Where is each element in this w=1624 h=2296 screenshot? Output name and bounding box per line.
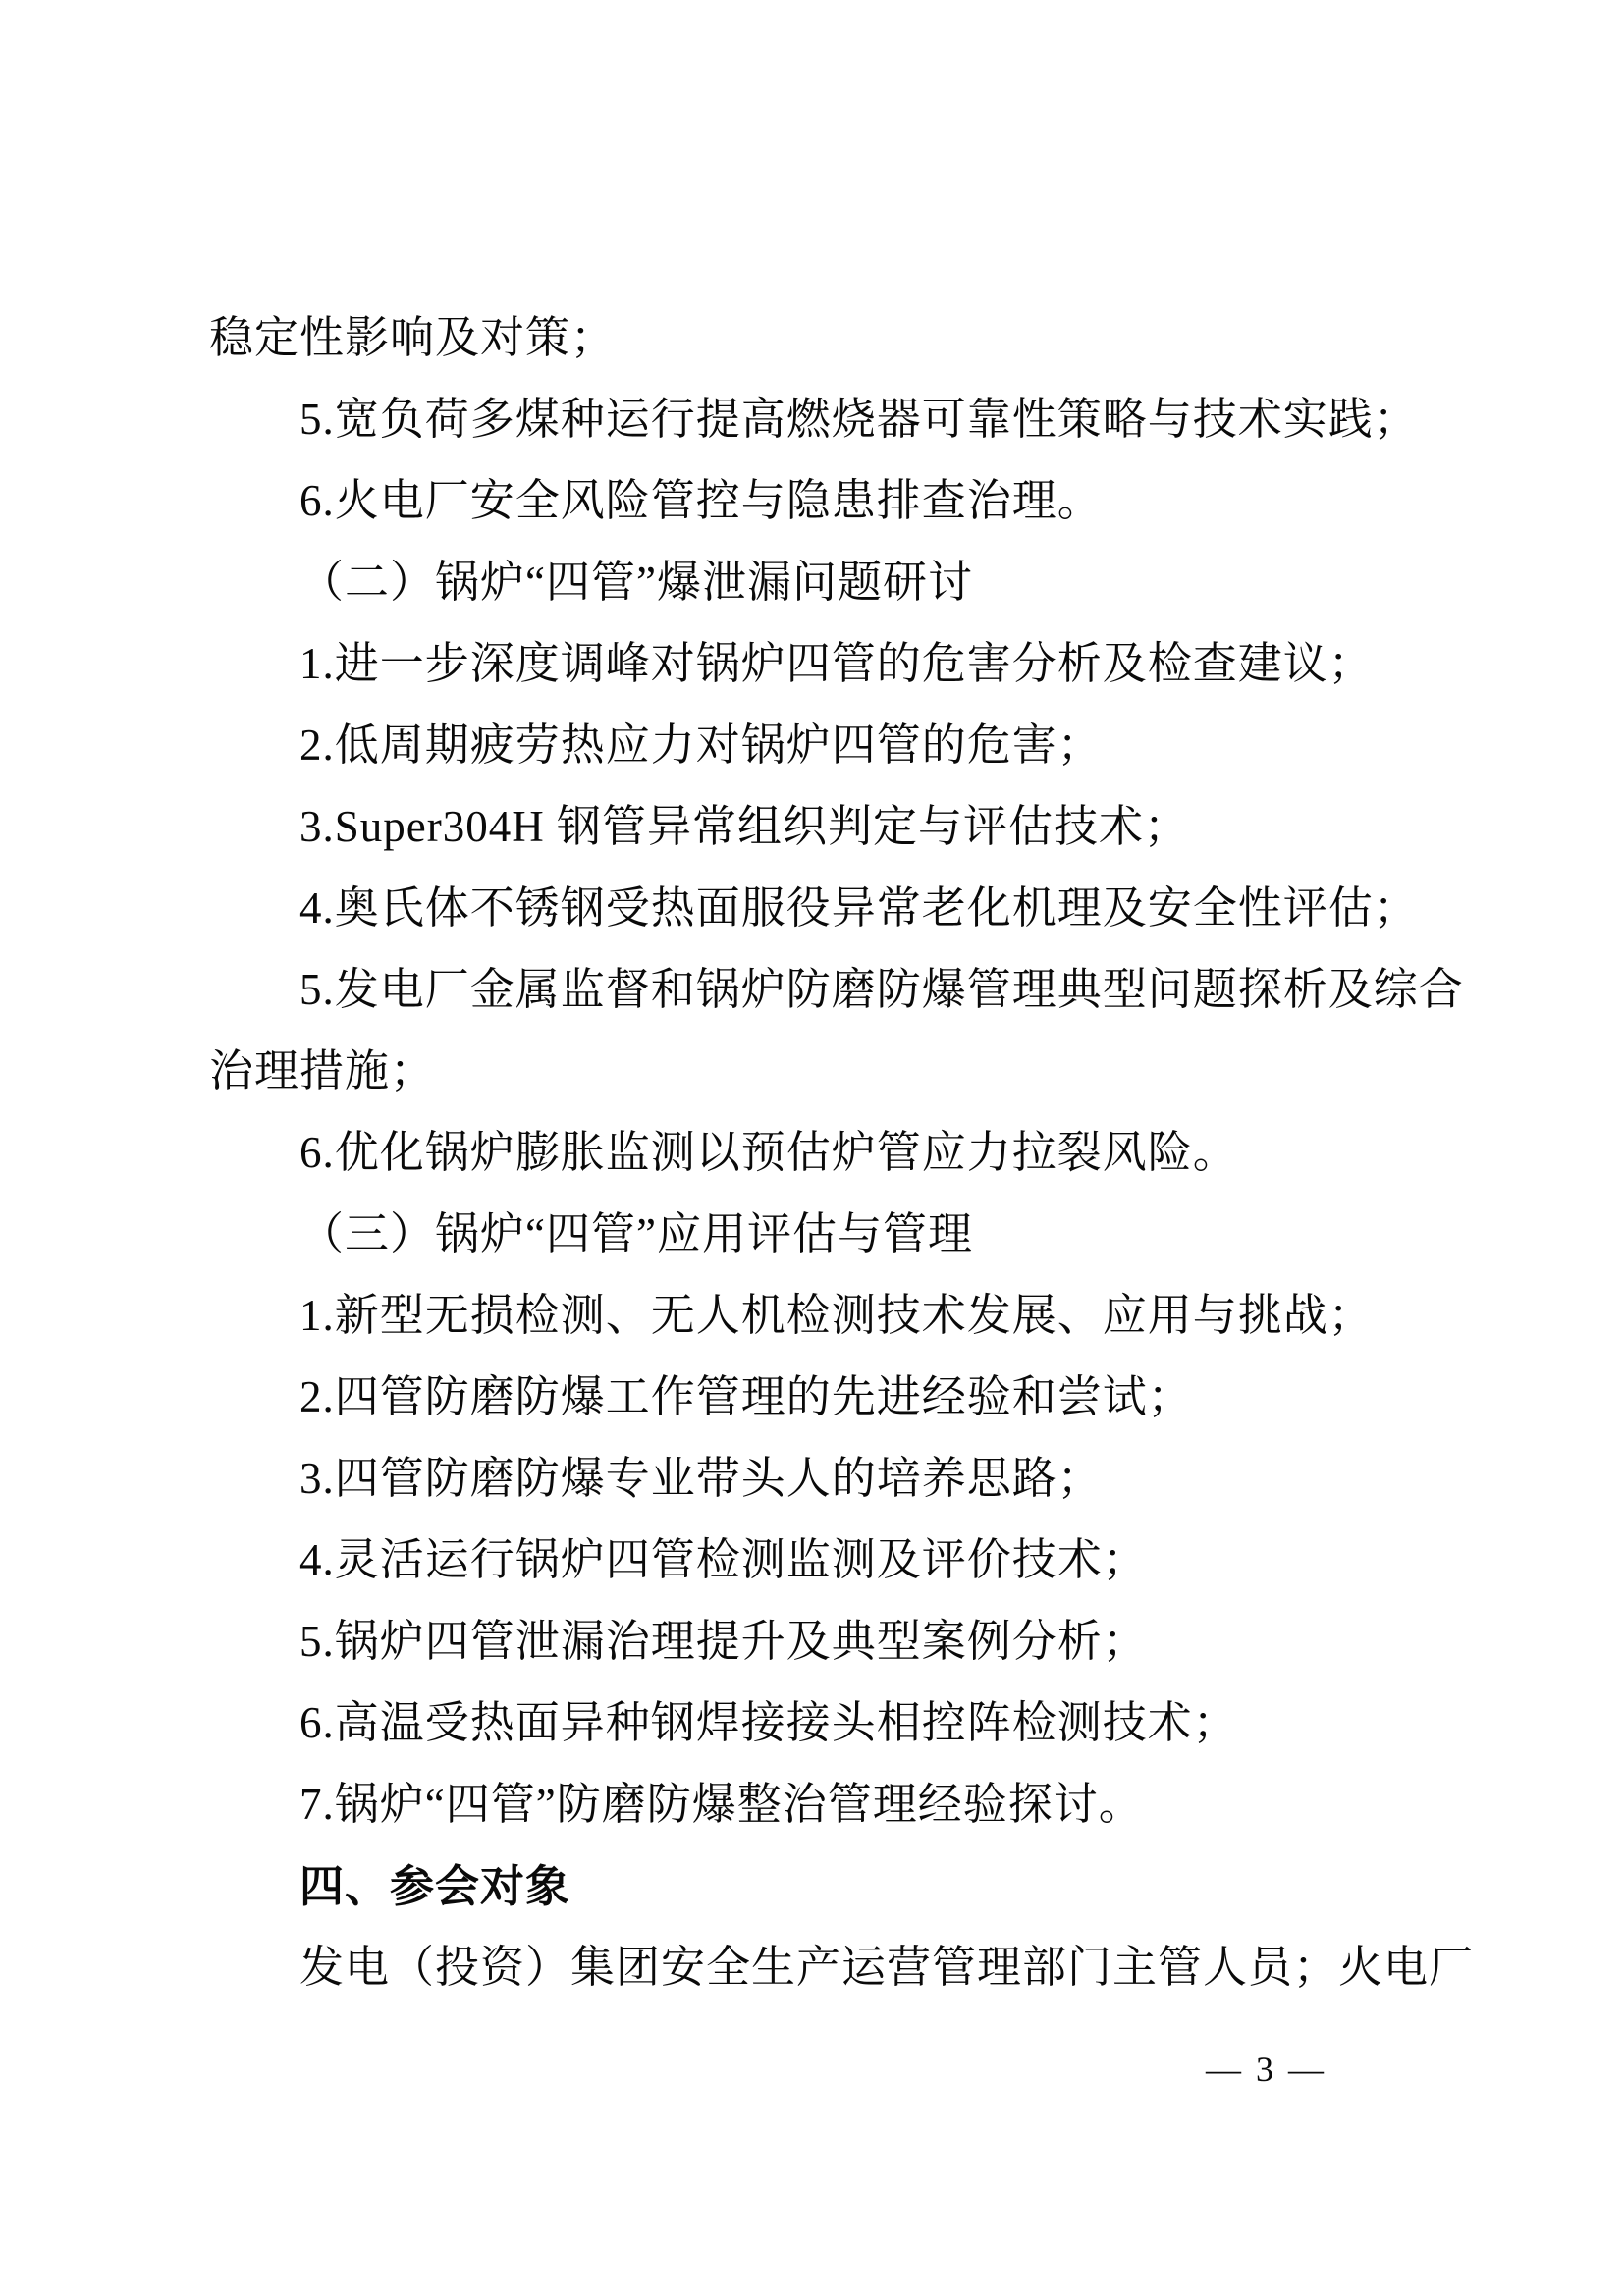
list-item-line: 5.锅炉四管泄漏治理提升及典型案例分析； [209,1601,1427,1682]
subsection-heading: （三）锅炉“四管”应用评估与管理 [209,1194,1427,1275]
page-number: — 3 — [1206,2048,1326,2091]
list-item-line: 3.四管防磨防爆专业带头人的培养思路； [209,1438,1427,1520]
paragraph-line: 发电（投资）集团安全生产运营管理部门主管人员；火电厂 [209,1927,1427,2008]
list-item-line: 3.Super304H 钢管异常组织判定与评估技术； [209,786,1427,868]
section-heading: 四、参会对象 [209,1845,1427,1927]
list-item-line: 5.发电厂金属监督和锅炉防磨防爆管理典型问题探析及综合 [209,949,1427,1031]
paragraph-continuation-line: 治理措施； [209,1031,1427,1112]
list-item-line: 2.低周期疲劳热应力对锅炉四管的危害； [209,705,1427,786]
list-item-line: 1.新型无损检测、无人机检测技术发展、应用与挑战； [209,1275,1427,1357]
list-item-line: 7.锅炉“四管”防磨防爆整治管理经验探讨。 [209,1764,1427,1845]
subsection-heading: （二）锅炉“四管”爆泄漏问题研讨 [209,542,1427,623]
list-item-line: 6.高温受热面异种钢焊接接头相控阵检测技术； [209,1682,1427,1764]
list-item-line: 6.优化锅炉膨胀监测以预估炉管应力拉裂风险。 [209,1112,1427,1194]
list-item-line: 1.进一步深度调峰对锅炉四管的危害分析及检查建议； [209,623,1427,705]
list-item-line: 4.奥氏体不锈钢受热面服役异常老化机理及安全性评估； [209,868,1427,949]
list-item-line: 5.宽负荷多煤种运行提高燃烧器可靠性策略与技术实践； [209,379,1427,460]
list-item-line: 6.火电厂安全风险管控与隐患排查治理。 [209,460,1427,542]
document-page: 稳定性影响及对策； 5.宽负荷多煤种运行提高燃烧器可靠性策略与技术实践； 6.火… [0,0,1624,2296]
list-item-line: 4.灵活运行锅炉四管检测监测及评价技术； [209,1520,1427,1601]
list-item-line: 2.四管防磨防爆工作管理的先进经验和尝试； [209,1357,1427,1438]
paragraph-continuation-line: 稳定性影响及对策； [209,297,1427,379]
document-body: 稳定性影响及对策； 5.宽负荷多煤种运行提高燃烧器可靠性策略与技术实践； 6.火… [209,297,1427,2008]
